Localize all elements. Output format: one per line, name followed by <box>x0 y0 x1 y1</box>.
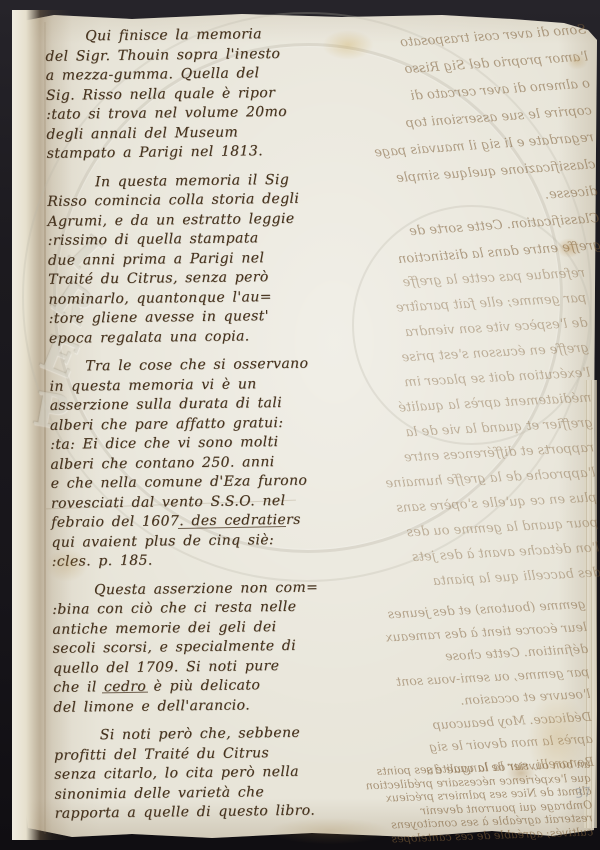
paragraph-2: In questa memoria il Sig Risso comincia … <box>47 170 349 349</box>
handwritten-line: epoca regalata una copia. <box>49 326 349 349</box>
handwritten-line: :cles. p. 185. <box>52 549 352 572</box>
manuscript-text: Qui finisce la memoria del Sigr. Thouin … <box>45 24 355 824</box>
handwritten-line: stampato a Parigi nel 1813. <box>47 141 347 164</box>
handwritten-line: del limone e dell'arancio. <box>53 695 353 718</box>
handwritten-line: Tra le cose che si osservano <box>49 354 349 377</box>
paragraph-4: Questa asserzione non com= :bina con ciò… <box>52 578 354 718</box>
handwritten-line: e che nella comune d'Eza furono <box>51 471 351 494</box>
paragraph-3: Tra le cose che si osservano in questa m… <box>49 354 352 572</box>
page-stack-edge <box>584 380 597 828</box>
manuscript-photo: I R E P Sono di aver cosi trasposato l'a… <box>0 0 600 850</box>
paragraph-5: Si noti però che, sebbene profitti del T… <box>54 723 355 824</box>
handwritten-line: Questa asserzione non com= <box>52 578 352 601</box>
handwritten-line: rapporta a quelle di questo libro. <box>55 801 355 824</box>
paragraph-1: Qui finisce la memoria del Sigr. Thouin … <box>45 24 347 164</box>
folio-number: 37 <box>574 785 592 802</box>
